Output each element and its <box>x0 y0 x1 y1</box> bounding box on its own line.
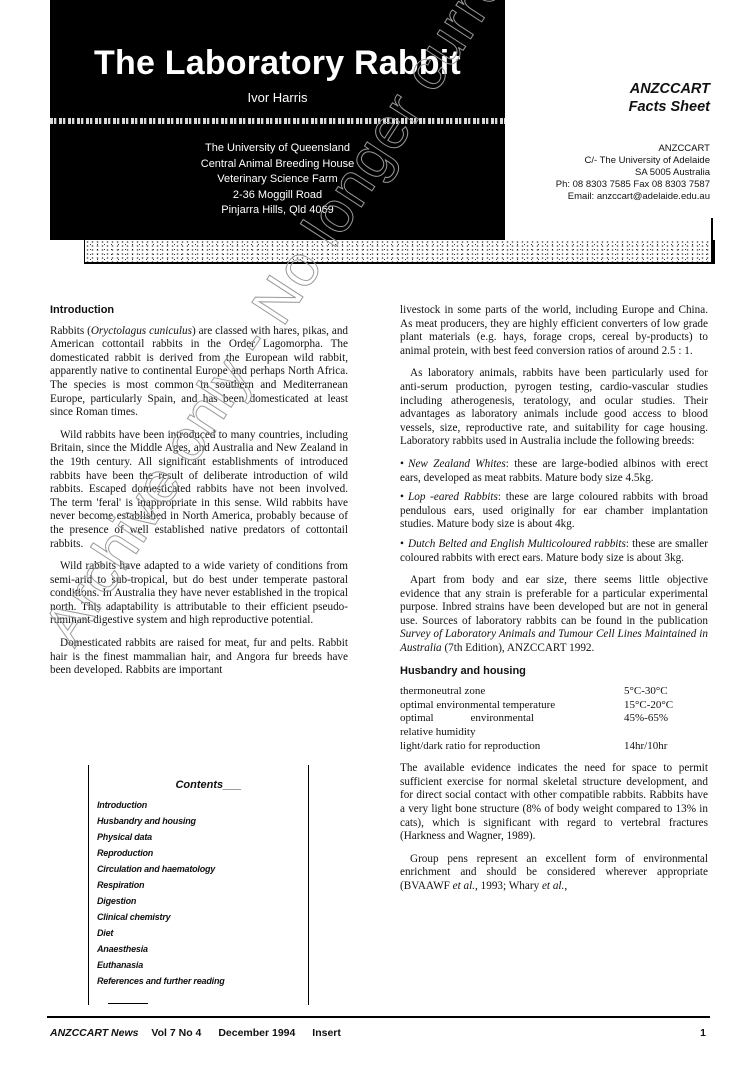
paragraph: livestock in some parts of the world, in… <box>400 304 708 358</box>
row-value: 15°C-20°C <box>624 699 708 713</box>
table-row: optimal environmental temperature15°C-20… <box>400 699 708 713</box>
row-label: optimal environmental temperature <box>400 699 624 713</box>
paragraph: Group pens represent an excellent form o… <box>400 853 708 894</box>
contact-line: ANZCCART <box>556 143 710 155</box>
row-label: thermoneutral zone <box>400 685 624 699</box>
facts-sheet-label: ANZCCART Facts Sheet <box>629 80 710 116</box>
contents-item[interactable]: Circulation and haematology <box>97 861 308 877</box>
row-label: optimal environmental relative humidity <box>400 712 624 739</box>
footer-publication: ANZCCART News <box>50 1027 138 1039</box>
contents-title: Contents___ <box>89 779 308 791</box>
contents-item[interactable]: Anaesthesia <box>97 941 308 957</box>
contact-line: Ph: 08 8303 7585 Fax 08 8303 7587 <box>556 179 710 191</box>
publisher-contact: ANZCCART C/- The University of Adelaide … <box>556 143 710 203</box>
paragraph: The available evidence indicates the nee… <box>400 762 708 844</box>
paragraph: Wild rabbits have been introduced to man… <box>50 429 348 551</box>
address-line: Pinjarra Hills, Qld 4069 <box>50 203 505 219</box>
contents-item[interactable]: Euthanasia <box>97 957 308 973</box>
contact-line: SA 5005 Australia <box>556 167 710 179</box>
breed-item: •New Zealand Whites: these are large-bod… <box>400 458 708 485</box>
address-line: 2-36 Moggill Road <box>50 188 505 204</box>
paragraph: Rabbits (Oryctolagus cuniculus) are clas… <box>50 325 348 420</box>
table-row: light/dark ratio for reproduction14hr/10… <box>400 740 708 754</box>
contents-item[interactable]: Introduction <box>97 797 308 813</box>
row-value: 14hr/10hr <box>624 740 708 754</box>
document-title: The Laboratory Rabbit <box>50 44 505 83</box>
contents-item[interactable]: References and further reading <box>97 973 308 989</box>
row-label: light/dark ratio for reproduction <box>400 740 624 754</box>
address-line: Central Animal Breeding House <box>50 157 505 173</box>
footer-volume: Vol 7 No 4 <box>151 1027 201 1039</box>
contents-item[interactable]: Husbandry and housing <box>97 813 308 829</box>
paragraph: Domesticated rabbits are raised for meat… <box>50 637 348 678</box>
bullet-icon: • <box>400 491 408 505</box>
bullet-icon: • <box>400 538 408 552</box>
table-row: optimal environmental relative humidity4… <box>400 712 708 739</box>
breed-name: Dutch Belted and English Multicoloured r… <box>408 538 626 550</box>
left-column: Introduction Rabbits (Oryctolagus cunicu… <box>50 304 348 687</box>
breed-name: New Zealand Whites <box>408 458 506 470</box>
footer-rule <box>47 1016 710 1018</box>
contents-item[interactable]: Physical data <box>97 829 308 845</box>
breed-name: Lop -eared Rabbits <box>408 491 498 503</box>
author-address: The University of Queensland Central Ani… <box>50 141 505 219</box>
page-footer: ANZCCART News Vol 7 No 4 December 1994 I… <box>50 1027 710 1039</box>
contact-line: C/- The University of Adelaide <box>556 155 710 167</box>
paragraph: Apart from body and ear size, there seem… <box>400 574 708 656</box>
contents-item[interactable]: Diet <box>97 925 308 941</box>
contents-item[interactable]: Clinical chemistry <box>97 909 308 925</box>
address-line: The University of Queensland <box>50 141 505 157</box>
breed-item: •Dutch Belted and English Multicoloured … <box>400 538 708 565</box>
contents-box: Contents___ Introduction Husbandry and h… <box>88 765 309 1005</box>
husbandry-table: thermoneutral zone5°C-30°C optimal envir… <box>400 685 708 753</box>
contents-list: Introduction Husbandry and housing Physi… <box>89 797 308 989</box>
section-heading-introduction: Introduction <box>50 304 348 318</box>
paragraph: As laboratory animals, rabbits have been… <box>400 367 708 449</box>
contact-email[interactable]: Email: anzccart@adelaide.edu.au <box>556 191 710 203</box>
table-row: thermoneutral zone5°C-30°C <box>400 685 708 699</box>
header-divider <box>50 118 505 124</box>
header-shadow-edge <box>711 218 713 262</box>
species-name: Oryctolagus cuniculus <box>91 325 192 337</box>
author-name: Ivor Harris <box>50 90 505 105</box>
contents-item[interactable]: Digestion <box>97 893 308 909</box>
facts-sheet-type: Facts Sheet <box>629 98 710 116</box>
facts-sheet-org: ANZCCART <box>629 80 710 98</box>
page-number: 1 <box>700 1027 706 1039</box>
contents-bottom-rule <box>108 1003 148 1004</box>
section-heading-husbandry: Husbandry and housing <box>400 665 708 679</box>
right-column: livestock in some parts of the world, in… <box>400 304 708 903</box>
footer-section: Insert <box>312 1027 341 1039</box>
footer-date: December 1994 <box>218 1027 295 1039</box>
row-value: 5°C-30°C <box>624 685 708 699</box>
breed-item: •Lop -eared Rabbits: these are large col… <box>400 491 708 532</box>
address-line: Veterinary Science Farm <box>50 172 505 188</box>
paragraph: Wild rabbits have adapted to a wide vari… <box>50 560 348 628</box>
header-shadow-band <box>84 240 715 264</box>
bullet-icon: • <box>400 458 408 472</box>
row-value: 45%-65% <box>624 712 708 739</box>
contents-item[interactable]: Reproduction <box>97 845 308 861</box>
contents-item[interactable]: Respiration <box>97 877 308 893</box>
